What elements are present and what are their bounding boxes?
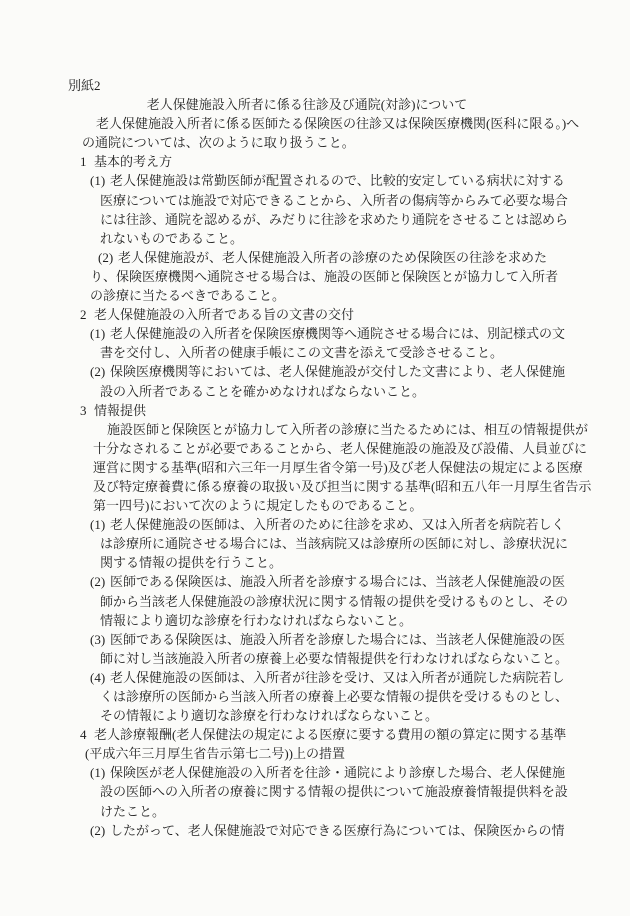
text-line: 情報により適切な診療を行わなければならないこと。 (0, 611, 630, 630)
line-text: 医師である保険医は、施設入所者を診療した場合には、当該老人保健施設の医 (110, 632, 565, 647)
line-text: 老人保健施設の医師は、入所者が往診を受け、又は入所者が通院した病院若し (110, 670, 564, 685)
list-marker: (1) (90, 171, 110, 190)
text-line: 及び特定療養費に係る療養の取扱い及び担当に関する基準(昭和五八年一月厚生省告示 (0, 477, 630, 496)
text-line: の診療に当たるべきであること。 (0, 286, 630, 305)
list-item-line: (2)医師である保険医は、施設入所者を診療する場合には、当該老人保健施設の医 (0, 572, 630, 591)
text-line: の通院については、次のように取り扱うこと。 (0, 133, 630, 152)
line-text: 老人保健施設が、老人保健施設入所者の診療のため保険医の往診を求めた (118, 250, 547, 265)
list-item-line: (2)老人保健施設が、老人保健施設入所者の診療のため保険医の往診を求めた (0, 248, 630, 267)
text-line: 関する情報の提供を行うこと。 (0, 553, 630, 572)
text-line: 師に対し当該施設入所者の療養上必要な情報提供を行わなければならないこと。 (0, 649, 630, 668)
document-body: 別紙2老人保健施設入所者に係る往診及び通院(対診)について老人保健施設入所者に係… (0, 76, 630, 840)
line-text: 老人保健施設の入所者を保険医療機関等へ通院させる場合には、別記様式の文 (110, 326, 565, 341)
list-item-line: (3)医師である保険医は、施設入所者を診療した場合には、当該老人保健施設の医 (0, 630, 630, 649)
list-item-line: (1)保険医が老人保健施設の入所者を往診・通院により診療した場合、老人保健施 (0, 763, 630, 782)
text-line: 設の入所者であることを確かめなければならないこと。 (0, 382, 630, 401)
line-text: 医師である保険医は、施設入所者を診療する場合には、当該老人保健施設の医 (110, 574, 565, 589)
line-text: 保険医が老人保健施設の入所者を往診・通院により診療した場合、老人保健施 (110, 765, 565, 780)
list-item-line: (1)老人保健施設の医師は、入所者のために往診を求め、又は入所者を病院若しく (0, 515, 630, 534)
list-item-line: (2)保険医療機関等においては、老人保健施設が交付した文書により、老人保健施 (0, 362, 630, 381)
text-line: 医療については施設で対応できることから、入所者の傷病等からみて必要な場合 (0, 191, 630, 210)
line-text: 基本的考え方 (94, 154, 172, 169)
line-text: 保険医療機関等においては、老人保健施設が交付した文書により、老人保健施 (110, 364, 565, 379)
text-line: 施設医師と保険医とが協力して入所者の診療に当たるためには、相互の情報提供が (0, 420, 630, 439)
section-heading-line: 4老人診療報酬(老人保健法の規定による医療に要する費用の額の算定に関する基準 (0, 725, 630, 744)
line-text: 老人保健施設は常勤医師が配置されるので、比較的安定している病状に対する (110, 173, 565, 188)
list-marker: (1) (90, 324, 110, 343)
line-text: したがって、老人保健施設で対応できる医療行為については、保険医からの情 (110, 823, 564, 838)
text-line: 設の医師への入所者の療養に関する情報の提供について施設療養情報提供料を設 (0, 782, 630, 801)
list-item-line: (2)したがって、老人保健施設で対応できる医療行為については、保険医からの情 (0, 821, 630, 840)
text-line: 十分なされることが必要であることから、老人保健施設の施設及び設備、人員並びに (0, 439, 630, 458)
doc-title-line: 老人保健施設入所者に係る往診及び通院(対診)について (0, 95, 630, 114)
text-line: 書を交付し、入所者の健康手帳にこの文書を添えて受診させること。 (0, 343, 630, 362)
text-line: 師から当該老人保健施設の診療状況に関する情報の提供を受けるものとし、その (0, 592, 630, 611)
list-item-line: (1)老人保健施設の入所者を保険医療機関等へ通院させる場合には、別記様式の文 (0, 324, 630, 343)
text-line: れないものであること。 (0, 229, 630, 248)
section-heading-line: 2老人保健施設の入所者である旨の文書の交付 (0, 305, 630, 324)
list-marker: 3 (80, 401, 94, 420)
line-text: 老人保健施設の入所者である旨の文書の交付 (94, 307, 354, 322)
list-marker: 2 (80, 305, 94, 324)
doc-label-line: 別紙2 (0, 76, 630, 95)
list-marker: 1 (80, 152, 94, 171)
text-line: くは診療所の医師から当該入所者の療養上必要な情報の提供を受けるものとし、 (0, 687, 630, 706)
text-line: 老人保健施設入所者に係る医師たる保険医の往診又は保険医療機関(医科に限る。)へ (0, 114, 630, 133)
section-heading-line: (平成六年三月厚生省告示第七二号))上の措置 (0, 744, 630, 763)
list-marker: (1) (90, 515, 110, 534)
line-text: 老人診療報酬(老人保健法の規定による医療に要する費用の額の算定に関する基準 (94, 727, 566, 742)
list-item-line: (4)老人保健施設の医師は、入所者が往診を受け、又は入所者が通院した病院若し (0, 668, 630, 687)
text-line: 運営に関する基準(昭和六三年一月厚生省令第一号)及び老人保健法の規定による医療 (0, 458, 630, 477)
text-line: その情報により適切な診療を行わなければならないこと。 (0, 706, 630, 725)
list-item-line: (1)老人保健施設は常勤医師が配置されるので、比較的安定している病状に対する (0, 171, 630, 190)
section-heading-line: 3情報提供 (0, 401, 630, 420)
text-line: は診療所に通院させる場合には、当該病院又は診療所の医師に対し、診療状況に (0, 534, 630, 553)
list-marker: (3) (90, 630, 110, 649)
text-line: 第一四号)において次のように規定したものであること。 (0, 496, 630, 515)
list-marker: (4) (90, 668, 110, 687)
list-marker: (2) (98, 248, 118, 267)
document-page: 別紙2老人保健施設入所者に係る往診及び通院(対診)について老人保健施設入所者に係… (0, 0, 630, 916)
line-text: 情報提供 (94, 403, 146, 418)
text-line: り、保険医療機関へ通院させる場合は、施設の医師と保険医とが協力して入所者 (0, 267, 630, 286)
section-heading-line: 1基本的考え方 (0, 152, 630, 171)
text-line: には往診、通院を認めるが、みだりに往診を求めたり通院をさせることは認めら (0, 210, 630, 229)
list-marker: (1) (90, 763, 110, 782)
list-marker: (2) (90, 572, 110, 591)
text-line: けたこと。 (0, 802, 630, 821)
list-marker: 4 (80, 725, 94, 744)
list-marker: (2) (90, 821, 110, 840)
list-marker: (2) (90, 362, 110, 381)
line-text: 老人保健施設の医師は、入所者のために往診を求め、又は入所者を病院若しく (110, 517, 564, 532)
